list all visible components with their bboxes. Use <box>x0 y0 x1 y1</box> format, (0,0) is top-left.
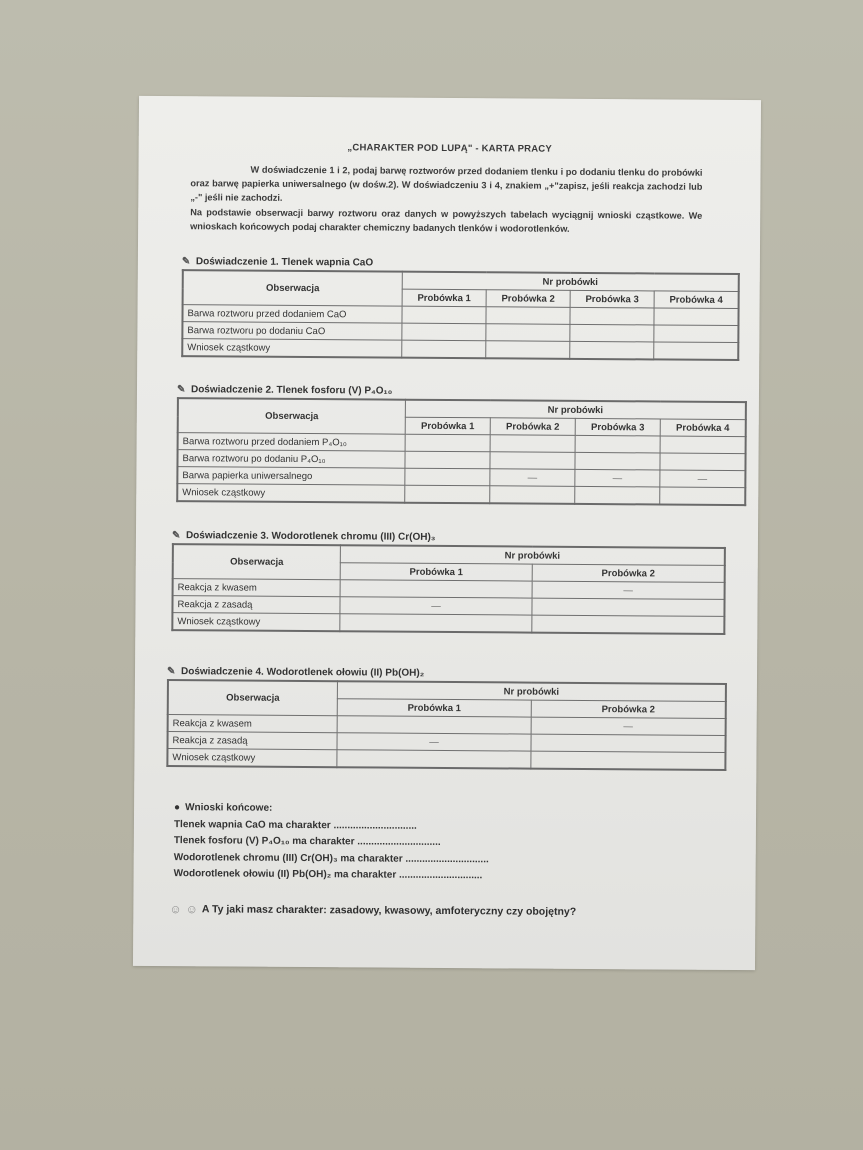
smiley-icon: ☺ <box>186 902 198 916</box>
observation-table: ObserwacjaNr probówkiProbówka 1Probówka … <box>181 269 740 361</box>
row-label: Barwa roztworu przed dodaniem P₄O₁₀ <box>178 433 406 452</box>
answer-cell[interactable] <box>531 734 726 752</box>
tube-header: Probówka 3 <box>570 290 654 308</box>
table-row: Wniosek cząstkowy <box>182 339 738 360</box>
answer-cell[interactable] <box>340 614 532 633</box>
experiment-title: Doświadczenie 1. Tlenek wapnia CaO <box>196 256 373 268</box>
tube-header: Probówka 1 <box>402 289 486 307</box>
answer-cell[interactable] <box>405 485 490 503</box>
instructions-paragraph-1: W doświadczenie 1 i 2, podaj barwę roztw… <box>190 162 702 208</box>
answer-cell[interactable] <box>532 615 725 634</box>
observation-header: Obserwacja <box>168 680 338 716</box>
table-row: Wniosek cząstkowy <box>167 749 725 770</box>
answer-cell[interactable] <box>405 468 490 486</box>
experiment-title: Doświadczenie 2. Tlenek fosforu (V) P₄O₁… <box>191 384 392 396</box>
observation-table: ObserwacjaNr probówkiProbówka 1Probówka … <box>171 543 726 635</box>
pen-icon: ✎ <box>182 256 192 267</box>
lightbulb-icon: ● <box>174 800 180 817</box>
observation-header: Obserwacja <box>173 544 341 580</box>
worksheet-title: „CHARAKTER POD LUPĄ" - KARTA PRACY <box>139 141 761 156</box>
answer-cell[interactable] <box>575 435 660 453</box>
answer-cell[interactable] <box>654 342 739 360</box>
instructions-paragraph-2: Na podstawie obserwacji barwy roztworu o… <box>190 205 702 237</box>
answer-cell[interactable] <box>570 341 654 359</box>
answer-cell[interactable]: — <box>337 733 531 751</box>
experiment-2: ✎Doświadczenie 2. Tlenek fosforu (V) P₄O… <box>176 384 747 506</box>
answer-cell[interactable] <box>486 307 570 325</box>
answer-cell[interactable] <box>405 451 490 469</box>
pen-icon: ✎ <box>167 666 177 677</box>
row-label: Reakcja z kwasem <box>168 715 338 733</box>
smiley-icon: ☺ <box>169 902 181 916</box>
answer-cell[interactable] <box>402 323 486 341</box>
row-label: Wniosek cząstkowy <box>167 749 337 768</box>
conclusion-line: Wodorotlenek ołowiu (II) Pb(OH)₂ ma char… <box>174 866 489 885</box>
answer-cell[interactable]: — <box>531 717 726 735</box>
answer-cell[interactable] <box>654 308 739 326</box>
answer-cell[interactable] <box>405 434 490 452</box>
table-row: Wniosek cząstkowy <box>172 613 724 634</box>
tube-header: Probówka 1 <box>340 563 532 581</box>
table-row: Wniosek cząstkowy <box>177 484 745 505</box>
answer-cell[interactable] <box>654 325 739 343</box>
tube-header: Probówka 3 <box>575 418 660 436</box>
final-conclusions: ● Wnioski końcowe: Tlenek wapnia CaO ma … <box>174 800 490 885</box>
row-label: Reakcja z zasadą <box>172 596 340 614</box>
answer-cell[interactable] <box>660 453 746 471</box>
answer-cell[interactable]: — <box>660 470 746 488</box>
answer-cell[interactable] <box>337 750 531 769</box>
tube-header: Probówka 2 <box>486 290 570 308</box>
tube-header: Probówka 2 <box>532 564 725 582</box>
answer-cell[interactable] <box>570 324 654 342</box>
answer-cell[interactable] <box>570 307 654 325</box>
row-label: Barwa roztworu przed dodaniem CaO <box>182 305 402 324</box>
answer-cell[interactable] <box>486 341 570 359</box>
instructions: W doświadczenie 1 i 2, podaj barwę roztw… <box>190 162 702 237</box>
answer-cell[interactable] <box>490 452 575 470</box>
answer-cell[interactable] <box>402 306 486 324</box>
observation-header: Obserwacja <box>183 270 403 306</box>
answer-cell[interactable] <box>340 580 532 598</box>
row-label: Wniosek cząstkowy <box>172 613 340 632</box>
row-label: Barwa roztworu po dodaniu P₄O₁₀ <box>177 450 405 469</box>
answer-cell[interactable]: — <box>340 597 532 615</box>
row-label: Barwa roztworu po dodaniu CaO <box>182 322 402 341</box>
tube-header: Probówka 1 <box>405 417 490 435</box>
row-label: Wniosek cząstkowy <box>177 484 405 503</box>
answer-cell[interactable] <box>337 716 531 734</box>
answer-cell[interactable]: — <box>490 469 575 487</box>
answer-cell[interactable] <box>490 435 575 453</box>
answer-cell[interactable] <box>575 486 660 504</box>
tube-header: Probówka 2 <box>531 700 726 718</box>
closing-question: ☺ ☺ A Ty jaki masz charakter: zasadowy, … <box>169 902 576 919</box>
answer-cell[interactable] <box>490 486 575 504</box>
question-text: A Ty jaki masz charakter: zasadowy, kwas… <box>202 903 576 918</box>
answer-cell[interactable] <box>575 452 660 470</box>
tube-header: Probówka 2 <box>490 418 575 436</box>
experiment-3: ✎Doświadczenie 3. Wodorotlenek chromu (I… <box>171 530 726 635</box>
row-label: Reakcja z kwasem <box>173 579 341 597</box>
pen-icon: ✎ <box>177 384 187 395</box>
row-label: Reakcja z zasadą <box>167 732 337 750</box>
answer-cell[interactable]: — <box>575 469 660 487</box>
row-label: Barwa papierka uniwersalnego <box>177 467 405 486</box>
experiment-4: ✎Doświadczenie 4. Wodorotlenek ołowiu (I… <box>166 666 727 771</box>
answer-cell[interactable] <box>660 436 746 454</box>
observation-table: ObserwacjaNr probówkiProbówka 1Probówka … <box>176 397 747 506</box>
answer-cell[interactable] <box>532 598 725 616</box>
experiment-title: Doświadczenie 4. Wodorotlenek ołowiu (II… <box>181 666 424 679</box>
answer-cell[interactable] <box>531 751 726 770</box>
pen-icon: ✎ <box>172 530 182 541</box>
tube-header: Probówka 1 <box>337 699 531 717</box>
observation-table: ObserwacjaNr probówkiProbówka 1Probówka … <box>166 679 727 771</box>
conclusions-heading: Wnioski końcowe: <box>185 800 272 817</box>
worksheet-paper: „CHARAKTER POD LUPĄ" - KARTA PRACY W doś… <box>133 96 761 970</box>
experiment-1: ✎Doświadczenie 1. Tlenek wapnia CaOObser… <box>181 256 740 361</box>
answer-cell[interactable] <box>660 487 746 505</box>
answer-cell[interactable]: — <box>532 581 725 599</box>
experiment-title: Doświadczenie 3. Wodorotlenek chromu (II… <box>186 530 436 543</box>
tube-header: Probówka 4 <box>654 291 739 309</box>
conclusion-line: Tlenek fosforu (V) P₄O₁₀ ma charakter ..… <box>174 833 489 852</box>
observation-header: Obserwacja <box>178 398 406 434</box>
tube-header: Probówka 4 <box>660 419 746 437</box>
row-label: Wniosek cząstkowy <box>182 339 402 358</box>
answer-cell[interactable] <box>402 340 486 358</box>
answer-cell[interactable] <box>486 324 570 342</box>
